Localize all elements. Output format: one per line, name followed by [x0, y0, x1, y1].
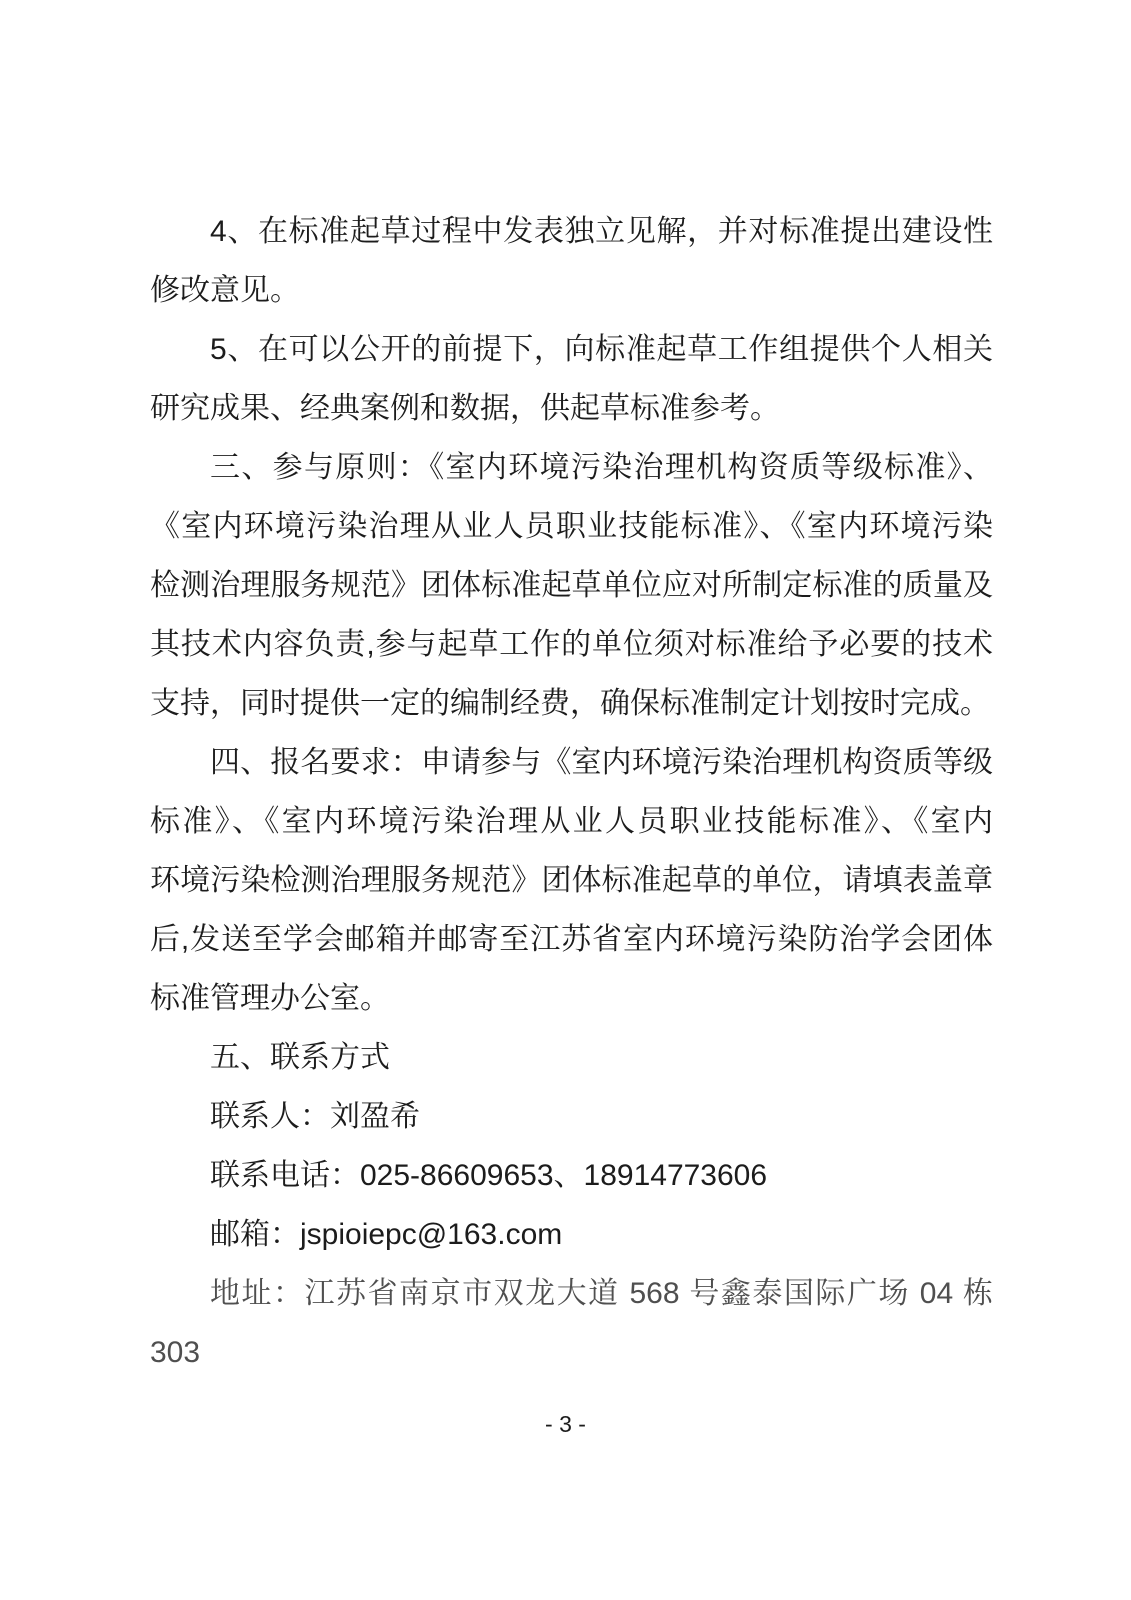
- paragraph-contact-phone: 联系电话：025-86609653、18914773606: [150, 1146, 993, 1205]
- text-line: 《室内环境污染治理从业人员职业技能标准》、《室内环境污染: [150, 497, 993, 556]
- text-line: 4、在标准起草过程中发表独立见解，并对标准提出建设性: [150, 202, 993, 261]
- document-body: 4、在标准起草过程中发表独立见解，并对标准提出建设性 修改意见。 5、在可以公开…: [150, 202, 993, 1382]
- text-line: 五、联系方式: [150, 1028, 993, 1087]
- text-line: 修改意见。: [150, 261, 993, 320]
- text-line: 标准》、《室内环境污染治理从业人员职业技能标准》、《室内: [150, 792, 993, 851]
- paragraph-contact-address: 地址：江苏省南京市双龙大道 568 号鑫泰国际广场 04 栋 303: [150, 1264, 993, 1382]
- text-line: 四、报名要求：申请参与《室内环境污染治理机构资质等级: [150, 733, 993, 792]
- paragraph-contact-heading: 五、联系方式: [150, 1028, 993, 1087]
- text-line: 标准管理办公室。: [150, 969, 993, 1028]
- text-line: 5、在可以公开的前提下，向标准起草工作组提供个人相关: [150, 320, 993, 379]
- text-line: 地址：江苏省南京市双龙大道 568 号鑫泰国际广场 04 栋: [150, 1264, 993, 1323]
- document-page: 4、在标准起草过程中发表独立见解，并对标准提出建设性 修改意见。 5、在可以公开…: [0, 0, 1131, 1600]
- text-line: 检测治理服务规范》团体标准起草单位应对所制定标准的质量及: [150, 556, 993, 615]
- text-line: 环境污染检测治理服务规范》团体标准起草的单位，请填表盖章: [150, 851, 993, 910]
- page-number: - 3 -: [0, 1404, 1131, 1444]
- paragraph: 4、在标准起草过程中发表独立见解，并对标准提出建设性 修改意见。: [150, 202, 993, 320]
- paragraph-contact-email: 邮箱：jspioiepc@163.com: [150, 1205, 993, 1264]
- text-line: 三、参与原则：《室内环境污染治理机构资质等级标准》、: [150, 438, 993, 497]
- paragraph-contact-person: 联系人：刘盈希: [150, 1087, 993, 1146]
- text-line: 邮箱：jspioiepc@163.com: [150, 1205, 993, 1264]
- paragraph: 三、参与原则：《室内环境污染治理机构资质等级标准》、 《室内环境污染治理从业人员…: [150, 438, 993, 733]
- text-line: 其技术内容负责,参与起草工作的单位须对标准给予必要的技术: [150, 615, 993, 674]
- text-line: 303: [150, 1323, 993, 1382]
- text-line: 支持，同时提供一定的编制经费，确保标准制定计划按时完成。: [150, 674, 993, 733]
- paragraph: 四、报名要求：申请参与《室内环境污染治理机构资质等级 标准》、《室内环境污染治理…: [150, 733, 993, 1028]
- text-line: 研究成果、经典案例和数据，供起草标准参考。: [150, 379, 993, 438]
- text-line: 联系电话：025-86609653、18914773606: [150, 1146, 993, 1205]
- text-line: 后,发送至学会邮箱并邮寄至江苏省室内环境污染防治学会团体: [150, 910, 993, 969]
- text-line: 联系人：刘盈希: [150, 1087, 993, 1146]
- paragraph: 5、在可以公开的前提下，向标准起草工作组提供个人相关 研究成果、经典案例和数据，…: [150, 320, 993, 438]
